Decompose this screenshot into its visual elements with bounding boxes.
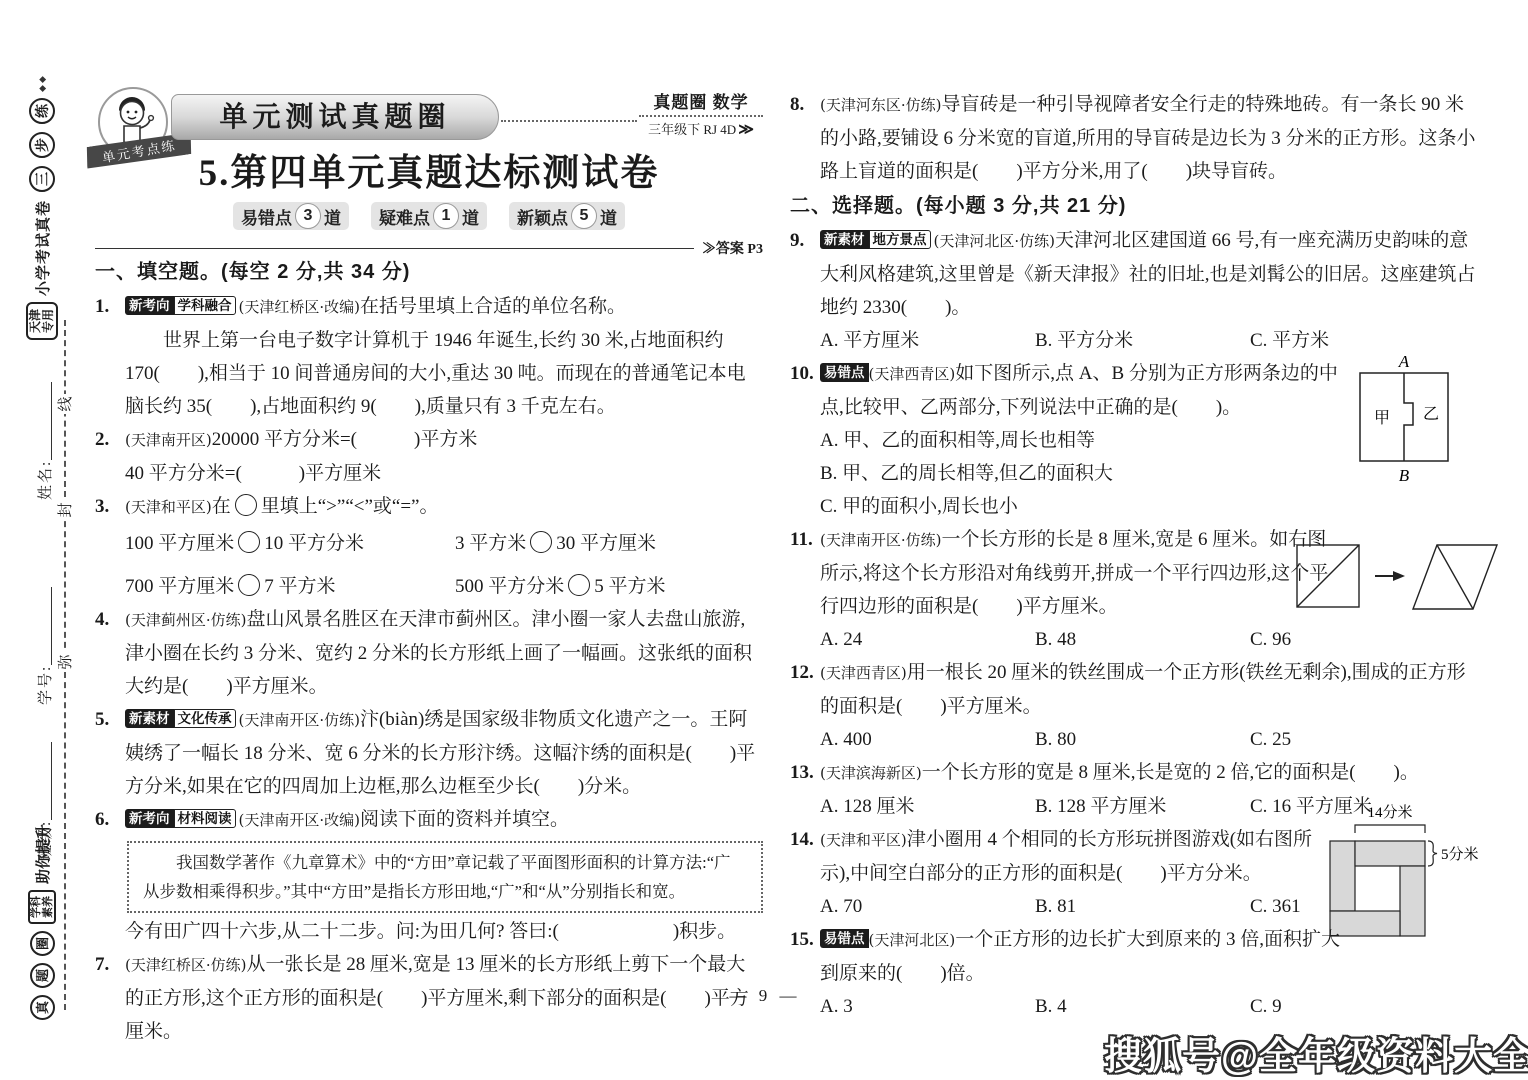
logo-circle-char: 真 <box>30 995 55 1020</box>
badge-novel: 新颖点5道 <box>509 202 625 230</box>
page-header: 单元考点练 单元测试真题圈 真题圈 数学 三年级下 RJ 4D≫ <box>95 86 763 150</box>
page-title: 5.第四单元真题达标测试卷 <box>95 142 763 196</box>
question-source: (天津南开区·仿练) <box>239 711 360 729</box>
header-dotted-line <box>501 120 637 122</box>
svg-text:B: B <box>1399 466 1410 485</box>
question-4: 4. (天津蓟州区·仿练)盘山风景名胜区在天津市蓟州区。津小圈一家人去盘山旅游,… <box>95 603 763 703</box>
option-a: A. 24 <box>820 623 1035 656</box>
question-number: 6. <box>95 803 109 836</box>
option-a: A. 128 厘米 <box>820 790 1035 823</box>
question-source: (天津红桥区·仿练) <box>125 956 246 974</box>
rectangle-to-parallelogram-figure <box>1289 523 1504 623</box>
compare-circle <box>238 531 260 553</box>
question-number: 13. <box>790 756 814 789</box>
question-body: 一个长方形的宽是 8 厘米,长是宽的 2 倍,它的面积是( )。 <box>922 762 1419 783</box>
question-source: (天津河北区) <box>869 931 956 949</box>
student-id-blank-line <box>37 587 52 665</box>
comparison-grid: 100 平方厘米10 平方分米 3 平方米30 平方厘米 700 平方厘米7 平… <box>125 527 763 603</box>
question-14: 14. (天津和平区)津小圈用 4 个相同的长方形玩拼图游戏(如右图所示),中间… <box>790 823 1482 923</box>
page-number: — 9 — <box>690 986 840 1006</box>
question-source: (天津西青区) <box>820 664 907 682</box>
brand-series-name: 小学考试真卷 <box>32 200 53 296</box>
corner-grade-edition: 三年级下 RJ 4D≫ <box>639 115 763 139</box>
seal-char: 弥 <box>56 652 76 672</box>
conversion-line: 40 平方分米=( )平方厘米 <box>125 457 763 490</box>
question-6: 6. 新考向材料阅读(天津南开区·改编)阅读下面的资料并填空。 我国数学著作《九… <box>95 803 763 948</box>
question-number: 7. <box>95 948 109 981</box>
badge-count-circle: 3 <box>295 203 321 229</box>
options-row: A. 400 B. 80 C. 25 <box>820 723 1482 756</box>
question-3: 3. (天津和平区)在里填上“>”“<”或“=”。 100 平方厘米10 平方分… <box>95 490 763 603</box>
question-5: 5. 新素材文化传承(天津南开区·仿练)汴(biàn)绣是国家级非物质文化遗产之… <box>95 703 763 803</box>
name-label: 姓名: <box>34 460 55 500</box>
question-source: (天津和平区) <box>125 498 212 516</box>
option-b: B. 81 <box>1035 890 1250 923</box>
badge-row: 易错点3道 疑难点1道 新颖点5道 <box>95 202 763 230</box>
compare-circle <box>238 574 260 596</box>
question-source: (天津红桥区·改编) <box>239 298 360 316</box>
section-1-title: 一、填空题。(每空 2 分,共 34 分) <box>95 254 763 290</box>
compare-circle <box>568 574 590 596</box>
compare-circle <box>530 531 552 553</box>
brand-step-circle: 三 <box>29 166 55 192</box>
tag-error-prone: 易错点 <box>820 929 869 948</box>
question-source: (天津滨海新区) <box>820 764 922 782</box>
question-number: 8. <box>790 88 804 121</box>
question-source: (天津南开区) <box>125 431 212 449</box>
option-b: B. 48 <box>1035 623 1250 656</box>
name-blank-line <box>37 382 52 460</box>
option-a: A. 400 <box>820 723 1035 756</box>
svg-text:A: A <box>1398 353 1410 371</box>
option-a: A. 3 <box>820 990 1035 1023</box>
question-9: 9. 新素材地方景点(天津河北区·仿练)天津河北区建国道 66 号,有一座充满历… <box>790 224 1482 357</box>
svg-text:乙: 乙 <box>1423 406 1439 423</box>
question-number: 2. <box>95 423 109 456</box>
tag-new-material: 新素材 <box>820 230 869 249</box>
student-id-field: 学号: <box>32 545 56 705</box>
sidebar-footer-logo: 真 题 圈 学科素养 助你提升 <box>22 780 62 1020</box>
option-b: B. 4 <box>1035 990 1250 1023</box>
question-15: 15. 易错点(天津河北区)一个正方形的边长扩大到原来的 3 倍,面积扩大到原来… <box>790 923 1482 1023</box>
badge-count-circle: 1 <box>433 203 459 229</box>
tag-new-direction: 新考向 <box>125 296 174 315</box>
option-a: A. 平方厘米 <box>820 324 1035 357</box>
brand-dots: ◆◆ <box>37 74 48 92</box>
comparison-item: 3 平方米30 平方厘米 <box>455 527 763 560</box>
question-10: 10. 易错点(天津西青区)如下图所示,点 A、B 分别为正方形两条边的中点,比… <box>790 357 1482 523</box>
brand-step-circle: 步 <box>29 132 55 158</box>
horizontal-rule <box>95 248 694 249</box>
logo-tagline: 助你提升 <box>32 824 53 884</box>
question-11: 11. (天津南开区·仿练)一个长方形的长是 8 厘米,宽是 6 厘米。如右图所… <box>790 523 1482 656</box>
badge-error-prone: 易错点3道 <box>233 202 349 230</box>
question-number: 1. <box>95 290 109 323</box>
option-c: C. 25 <box>1250 723 1482 756</box>
conversion-line: 20000 平方分米=( )平方米 <box>212 429 478 450</box>
tag-new-material: 新素材 <box>125 709 174 728</box>
question-source: (天津南开区·仿练) <box>820 531 941 549</box>
question-number: 15. <box>790 923 814 956</box>
student-name-field: 姓名: <box>32 340 56 500</box>
option-b: B. 128 平方厘米 <box>1035 790 1250 823</box>
options-row: A. 3 B. 4 C. 9 <box>820 990 1482 1023</box>
comparison-item: 500 平方分米5 平方米 <box>455 570 763 603</box>
question-body: 用一根长 20 厘米的铁丝围成一个正方形(铁丝无剩余),围成的正方形的面积是( … <box>820 662 1466 717</box>
reading-material-box: 我国数学著作《九章算术》中的“方田”章记载了平面图形面积的计算方法:“广从步数相… <box>127 841 763 913</box>
brand-region-box: 天津专用 <box>26 302 58 340</box>
worksheet-page: 天津专用 小学考试真卷 三 步 练 ◆◆ 姓名: 学号: 班级: 线 封 弥 真… <box>0 0 1528 1080</box>
chevron-right-icon: ≫ <box>738 122 754 138</box>
option-b: B. 平方分米 <box>1035 324 1250 357</box>
question-2: 2. (天津南开区)20000 平方分米=( )平方米 40 平方分米=( )平… <box>95 423 763 490</box>
question-number: 5. <box>95 703 109 736</box>
question-source: (天津河北区·仿练) <box>934 232 1055 250</box>
badge-count-circle: 5 <box>571 203 597 229</box>
seal-char: 封 <box>56 500 76 520</box>
question-number: 3. <box>95 490 109 523</box>
section-2-title: 二、选择题。(每小题 3 分,共 21 分) <box>790 188 1482 224</box>
logo-circle-char: 题 <box>30 963 55 988</box>
question-number: 11. <box>790 523 813 556</box>
question-body: 今有田广四十六步,从二十二步。问:为田几何? 答曰:( )积步。 <box>125 915 763 948</box>
question-source: (天津南开区·改编) <box>239 811 360 829</box>
question-1: 1. 新考向学科融合(天津红桥区·改编)在括号里填上合适的单位名称。 世界上第一… <box>95 290 763 423</box>
tag-culture-heritage: 文化传承 <box>174 709 236 728</box>
brand-step-circle: 练 <box>29 98 55 124</box>
question-number: 10. <box>790 357 814 390</box>
question-body: 世界上第一台电子数字计算机于 1946 年诞生,长约 30 米,占地面积约 17… <box>125 324 763 423</box>
question-source: (天津河东区·仿练) <box>820 96 941 114</box>
comparison-item: 700 平方厘米7 平方米 <box>125 570 455 603</box>
question-12: 12. (天津西青区)用一根长 20 厘米的铁丝围成一个正方形(铁丝无剩余),围… <box>790 656 1482 756</box>
question-lead: 阅读下面的资料并填空。 <box>360 809 569 830</box>
tag-new-direction: 新考向 <box>125 809 174 828</box>
logo-circle-char: 圈 <box>30 931 55 956</box>
option-a: A. 70 <box>820 890 1035 923</box>
watermark: 搜狐号@全年级资料大全 <box>1104 1025 1528 1080</box>
svg-text:甲: 甲 <box>1374 409 1390 427</box>
option-c: C. 96 <box>1250 623 1482 656</box>
svg-text:5分米: 5分米 <box>1441 846 1479 863</box>
left-column: 一、填空题。(每空 2 分,共 34 分) 1. 新考向学科融合(天津红桥区·改… <box>95 254 763 1048</box>
tag-error-prone: 易错点 <box>820 363 869 382</box>
question-lead: 在括号里填上合适的单位名称。 <box>360 296 626 317</box>
option-c: C. 9 <box>1250 990 1482 1023</box>
right-column: 8. (天津河东区·仿练)导盲砖是一种引导视障者安全行走的特殊地砖。有一条长 9… <box>790 88 1482 1023</box>
seal-char: 线 <box>56 394 76 414</box>
student-id-label: 学号: <box>34 665 55 705</box>
options-row: A. 24 B. 48 C. 96 <box>820 623 1482 656</box>
comparison-item: 100 平方厘米10 平方分米 <box>125 527 455 560</box>
compare-circle <box>235 494 257 516</box>
question-number: 12. <box>790 656 814 689</box>
header-corner-info: 真题圈 数学 三年级下 RJ 4D≫ <box>639 88 763 139</box>
option-b: B. 80 <box>1035 723 1250 756</box>
question-8: 8. (天津河东区·仿练)导盲砖是一种引导视障者安全行走的特殊地砖。有一条长 9… <box>790 88 1482 188</box>
question-number: 4. <box>95 603 109 636</box>
logo-subject-box: 学科素养 <box>28 890 56 924</box>
question-source: (天津西青区) <box>869 365 956 383</box>
corner-series-subject: 真题圈 数学 <box>639 88 763 113</box>
badge-difficult: 疑难点1道 <box>371 202 487 230</box>
question-number: 14. <box>790 823 814 856</box>
question-number: 9. <box>790 224 804 257</box>
tag-local-landmark: 地方景点 <box>869 230 931 249</box>
question-source: (天津和平区) <box>820 831 907 849</box>
banner-title: 单元测试真题圈 <box>171 94 499 140</box>
tag-subject-integration: 学科融合 <box>174 296 236 315</box>
sidebar-brand-logo: 天津专用 小学考试真卷 三 步 练 ◆◆ <box>25 40 59 340</box>
question-7: 7. (天津红桥区·仿练)从一张长是 28 厘米,宽是 13 厘米的长方形纸上剪… <box>95 948 763 1048</box>
square-midpoint-figure: A 甲 乙 B <box>1344 353 1464 503</box>
question-source: (天津蓟州区·仿练) <box>125 611 246 629</box>
tag-material-reading: 材料阅读 <box>174 809 236 828</box>
svg-text:14分米: 14分米 <box>1367 804 1412 821</box>
